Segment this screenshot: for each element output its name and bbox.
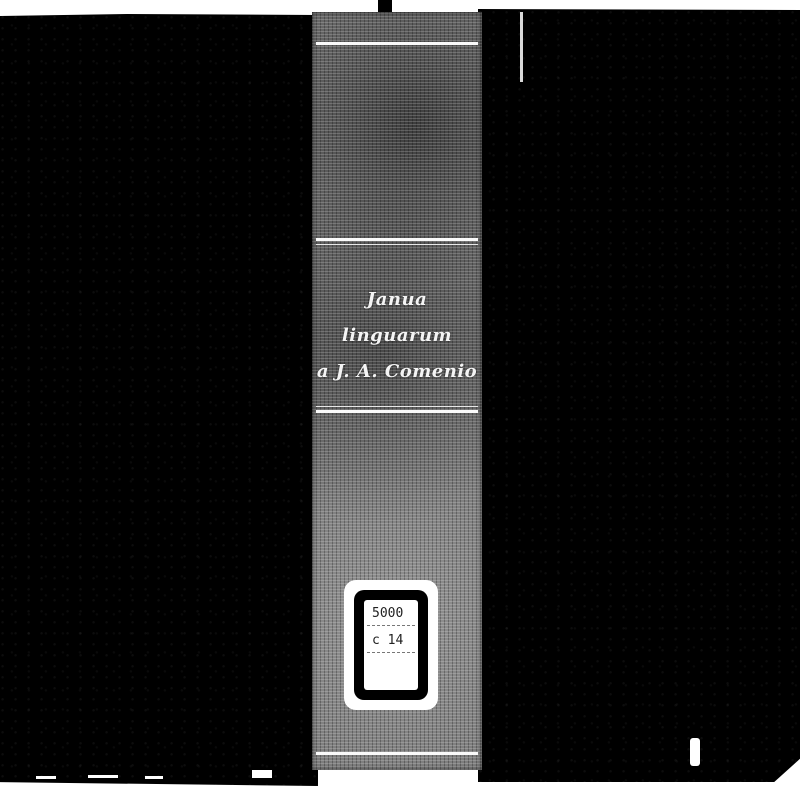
board-edge-wear <box>88 775 118 778</box>
spine-rule-title-top <box>316 238 478 241</box>
spine-title-line-3: a J. A. Comenio <box>317 354 477 390</box>
book-spine: Janua linguarum a J. A. Comenio 5000 c 1… <box>312 12 482 770</box>
spine-rule-title-bottom <box>316 410 478 413</box>
shelf-label-paper: 5000 c 14 <box>364 600 418 690</box>
board-edge-wear <box>145 776 163 779</box>
shelf-label-frame: 5000 c 14 <box>354 590 428 700</box>
board-wear-mark <box>690 738 700 766</box>
board-edge-wear <box>36 776 56 779</box>
shelf-mark-line-2: c 14 <box>367 630 415 653</box>
spine-title: Janua linguarum a J. A. Comenio <box>312 256 482 416</box>
front-board <box>0 14 318 786</box>
spine-rule-top <box>316 42 478 45</box>
spine-title-line-2: linguarum <box>342 318 452 354</box>
spine-rule-title-bottom-thin <box>316 406 478 407</box>
board-corner-wear <box>252 770 272 778</box>
shelf-label: 5000 c 14 <box>344 580 438 710</box>
board-scratch <box>520 12 523 82</box>
spine-rule-bottom <box>316 752 478 755</box>
shelf-mark-line-1: 5000 <box>367 603 415 626</box>
spine-title-line-1: Janua <box>367 282 428 318</box>
back-board <box>478 9 800 782</box>
spine-rule-title-top-thin <box>316 244 478 245</box>
